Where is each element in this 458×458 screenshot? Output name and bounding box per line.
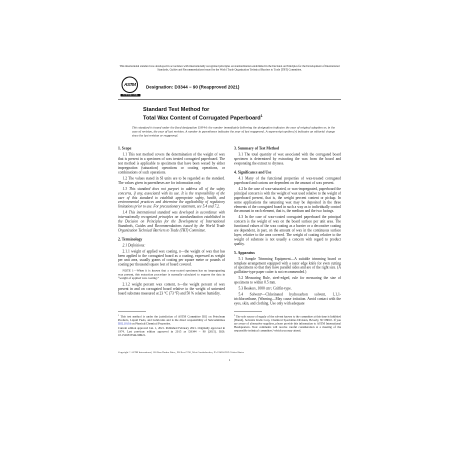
para-5-3: 5.3 Beakers, 1000 cm³, Griffin-type.	[234, 287, 341, 291]
section-heading-summary: 3. Summary of Test Method	[234, 146, 341, 151]
para-2-1: 2.1 Definitions:	[118, 243, 225, 247]
para-1-4: 1.4 This international standard was deve…	[118, 211, 225, 233]
astm-logo: ASTM INTERNATIONAL	[121, 76, 140, 97]
title-line-1: Standard Test Method for	[143, 106, 341, 113]
astm-logo-international-banner: INTERNATIONAL	[121, 94, 141, 97]
para-5-2: 5.2 Measuring Rule, steel-edged, rule fo…	[234, 276, 341, 285]
para-5-4: 5.4 Solvent²—Chlorinated hydrocarbon sol…	[234, 293, 341, 306]
para-2-1-1: 2.1.1 weight of applied wax coating, n—t…	[118, 249, 225, 267]
para-4-2: 4.2 In the case of wax-saturated, or wax…	[234, 187, 341, 214]
document-page: This international standard was develope…	[0, 0, 458, 458]
footnote-separator	[118, 311, 146, 312]
para-1-2: 1.2 The values stated in SI units are to…	[118, 176, 225, 185]
para-3-1: 3.1 The total quantity of wax associated…	[234, 153, 341, 166]
copyright-line: Copyright © ASTM International, 100 Barr…	[118, 352, 341, 355]
section-heading-terminology: 2. Terminology	[118, 237, 225, 242]
section-heading-scope: 1. Scope	[118, 146, 225, 151]
para-1-3: 1.3 This standard does not purport to ad…	[118, 187, 225, 209]
wto-disclaimer-text: This international standard was develope…	[119, 65, 340, 72]
two-column-body: 1. Scope 1.1 This test method covers the…	[118, 146, 341, 338]
para-4-3: 4.3 In the case of wax-coated corrugated…	[234, 215, 341, 246]
right-column: 3. Summary of Test Method 3.1 The total …	[234, 146, 341, 338]
astm-logo-text: ASTM	[124, 82, 135, 88]
footnote-1: 1 This test method is under the jurisdic…	[118, 313, 225, 326]
designation-text: Designation: D3344 − 90 (Reapproved 2021…	[146, 84, 239, 89]
designation-header: ASTM INTERNATIONAL Designation: D3344 − …	[118, 76, 341, 99]
footnote-separator	[234, 311, 262, 312]
astm-standard-page: This international standard was develope…	[118, 64, 341, 362]
para-1-1: 1.1 This test method covers the determin…	[118, 153, 225, 175]
para-2-1-2: 2.1.2 weight percent wax content, n—the …	[118, 282, 225, 295]
note-1: NOTE 1—When it is known that a wax-coate…	[118, 269, 225, 280]
astm-logo-circle-icon: ASTM	[122, 76, 139, 93]
page-title: Standard Test Method for Total Wax Conte…	[143, 106, 341, 121]
title-footnote-marker: 1	[261, 115, 263, 119]
para-4-1: 4.1 Many of the functional properties of…	[234, 177, 341, 186]
page-number: 1	[118, 359, 341, 363]
para-5-1: 5.1 Sample Trimming Equipment—A suitable…	[234, 257, 341, 275]
section-heading-significance: 4. Significance and Use	[234, 170, 341, 175]
issue-note-text: This standard is issued under the fixed …	[132, 126, 335, 138]
footnote-1-edition: Current edition approved Jan. 1, 2021. P…	[118, 327, 225, 338]
title-line-2: Total Wax Content of Corrugated Paperboa…	[143, 113, 341, 122]
subcommittee-link[interactable]: D02.10.0A	[118, 322, 131, 325]
left-column: 1. Scope 1.1 This test method covers the…	[118, 146, 225, 338]
section-heading-apparatus: 5. Apparatus	[234, 250, 341, 255]
footnote-2: 2 The sole source of supply of the solve…	[234, 313, 341, 333]
